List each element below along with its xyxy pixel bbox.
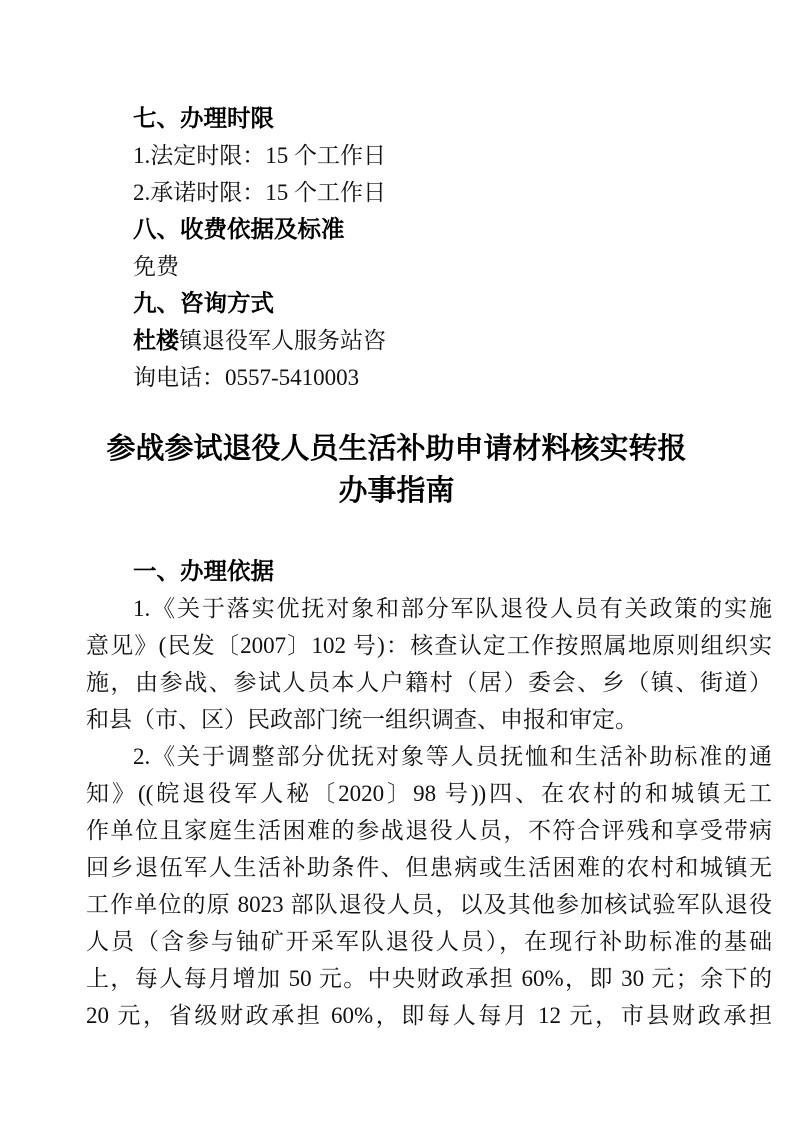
paragraph-policy-implementation-opinion: 1.《关于落实优抚对象和部分军队退役人员有关政策的实施 意见》(民发〔2007〕… <box>86 590 772 738</box>
line-fee-free: 免费 <box>86 248 772 285</box>
para2-line-7: 上，每人每月增加 50 元。中央财政承担 60%，即 30 元；余下的 <box>86 960 772 997</box>
para2-line-2: 知》((皖退役军人秘〔2020〕98 号))四、在农村的和城镇无工 <box>86 775 772 812</box>
para2-line-5: 工作单位的原 8023 部队退役人员，以及其他参加核试验军队退役 <box>86 886 772 923</box>
para2-line-4: 回乡退伍军人生活补助条件、但患病或生活困难的农村和城镇无 <box>86 849 772 886</box>
heading-fee-basis-standard: 八、收费依据及标准 <box>86 211 772 248</box>
paragraph-subsidy-standard-notice: 2.《关于调整部分优抚对象等人员抚恤和生活补助标准的通 知》((皖退役军人秘〔2… <box>86 738 772 1034</box>
para1-line-3: 施，由参战、参试人员本人户籍村（居）委会、乡（镇、街道） <box>86 664 772 701</box>
para1-line-2: 意见》(民发〔2007〕102 号)：核查认定工作按照属地原则组织实 <box>86 627 772 664</box>
section-handling-basis: 一、办理依据 1.《关于落实优抚对象和部分军队退役人员有关政策的实施 意见》(民… <box>86 553 772 1034</box>
document-title: 参战参试退役人员生活补助申请材料核实转报 办事指南 <box>0 428 793 512</box>
section-guide-tail: 七、办理时限 1.法定时限：15 个工作日 2.承诺时限：15 个工作日 八、收… <box>86 100 772 396</box>
para2-line-1: 2.《关于调整部分优抚对象等人员抚恤和生活补助标准的通 <box>86 738 772 775</box>
document-title-line-1: 参战参试退役人员生活补助申请材料核实转报 <box>0 428 793 470</box>
line-consultation-station: 杜楼镇退役军人服务站咨 <box>86 322 772 359</box>
para2-line-3: 作单位且家庭生活困难的参战退役人员，不符合评残和享受带病 <box>86 812 772 849</box>
line-legal-time-limit: 1.法定时限：15 个工作日 <box>86 137 772 174</box>
heading-handling-basis: 一、办理依据 <box>86 553 772 590</box>
station-name-rest: 镇退役军人服务站咨 <box>179 328 386 353</box>
heading-consultation-method: 九、咨询方式 <box>86 285 772 322</box>
line-promised-time-limit: 2.承诺时限：15 个工作日 <box>86 174 772 211</box>
document-page: 七、办理时限 1.法定时限：15 个工作日 2.承诺时限：15 个工作日 八、收… <box>0 0 793 1122</box>
line-consultation-phone: 询电话：0557-5410003 <box>86 359 772 396</box>
para2-line-8: 20 元，省级财政承担 60%，即每人每月 12 元，市县财政承担 40%， <box>86 997 772 1034</box>
town-name-bold: 杜楼 <box>133 327 179 353</box>
heading-processing-time-limit: 七、办理时限 <box>86 100 772 137</box>
para1-line-1: 1.《关于落实优抚对象和部分军队退役人员有关政策的实施 <box>86 590 772 627</box>
para1-line-4: 和县（市、区）民政部门统一组织调查、申报和审定。 <box>86 701 772 738</box>
document-title-line-2: 办事指南 <box>0 470 793 512</box>
para2-line-6: 人员（含参与铀矿开采军队退役人员），在现行补助标准的基础 <box>86 923 772 960</box>
